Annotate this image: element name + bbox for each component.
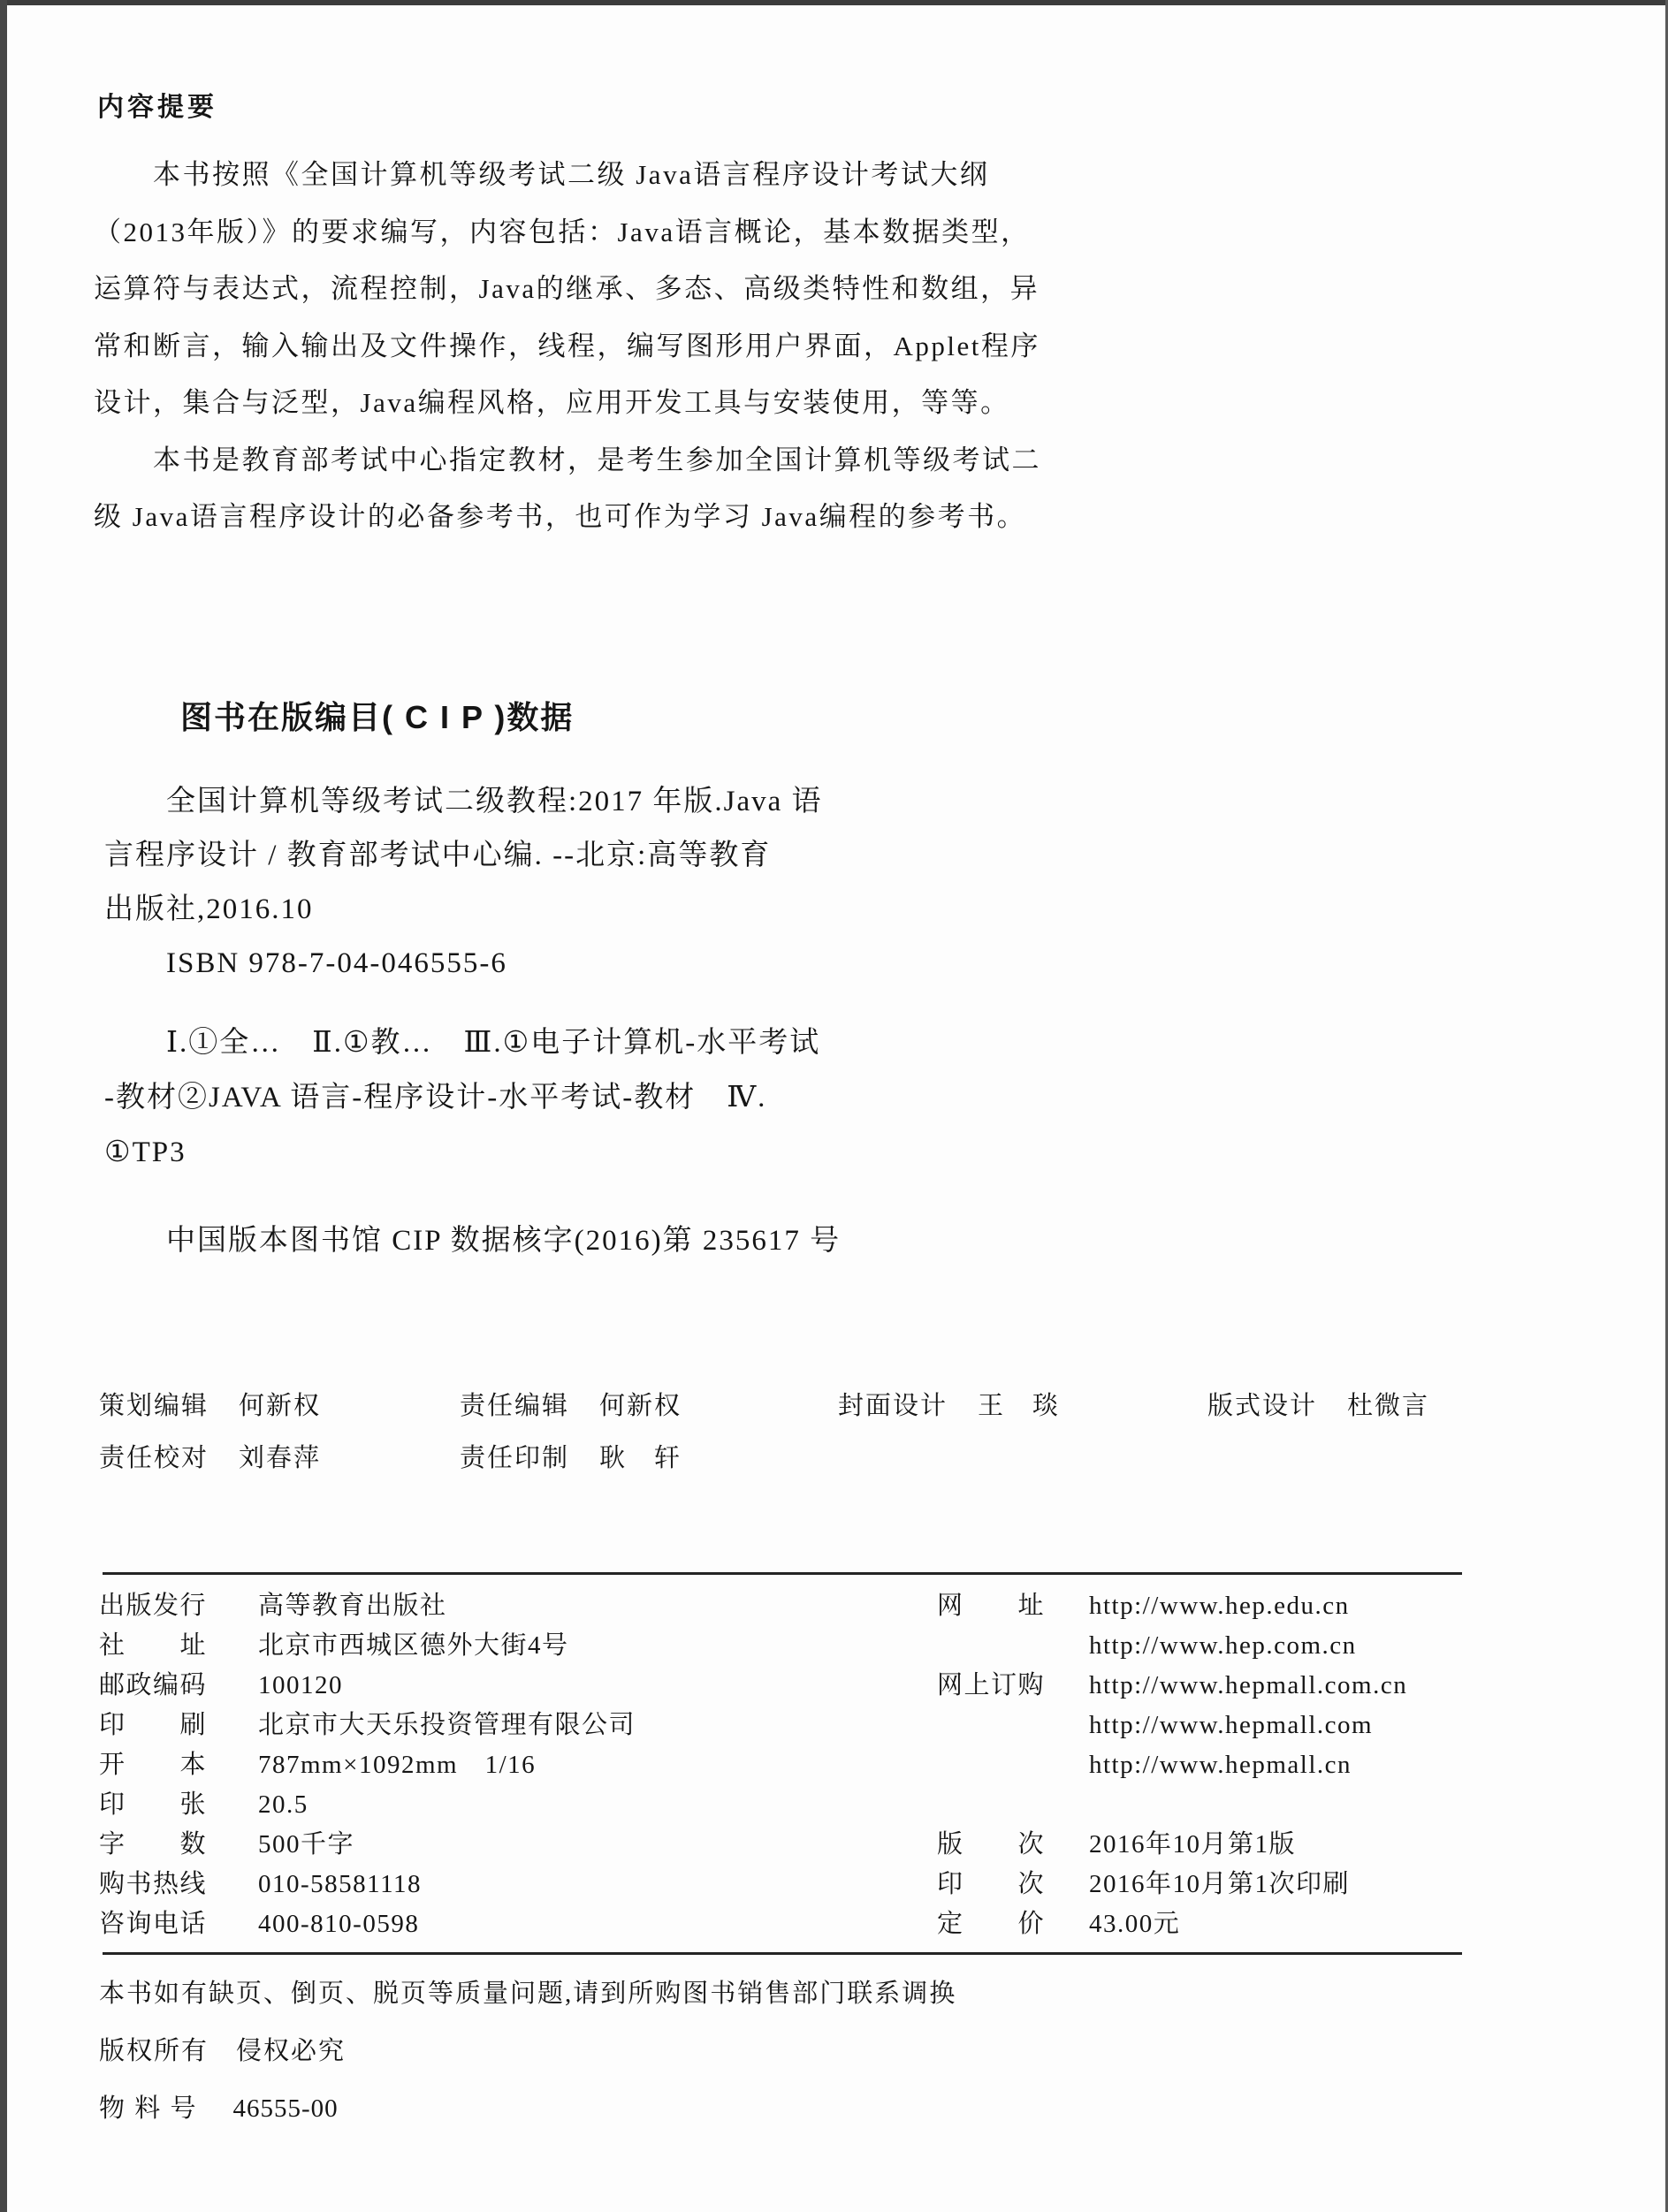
summary-line: 设计，集合与泛型，Java编程风格，应用开发工具与安装使用，等等。 bbox=[94, 375, 1207, 432]
colophon-value: 北京市大天乐投资管理有限公司 bbox=[258, 1706, 937, 1745]
cip-record-line: 言程序设计 / 教育部考试中心编. --北京:高等教育 bbox=[104, 829, 1253, 883]
colophon-label bbox=[937, 1626, 1089, 1666]
material-number: 物 料 号46555-00 bbox=[99, 2089, 956, 2129]
summary-section: 内容提要 本书按照《全国计算机等级考试二级 Java语言程序设计考试大纲 （20… bbox=[94, 85, 1207, 546]
colophon-value bbox=[1089, 1785, 1407, 1825]
staff-item: 责任校对刘春萍 bbox=[99, 1438, 460, 1474]
colophon-value: 500千字 bbox=[258, 1825, 937, 1865]
colophon-label: 开 本 bbox=[99, 1745, 258, 1785]
summary-line: 运算符与表达式，流程控制，Java的继承、多态、高级类特性和数组，异 bbox=[94, 261, 1207, 318]
staff-role-label: 责任印制 bbox=[460, 1444, 569, 1472]
staff-role-label: 责任校对 bbox=[99, 1444, 209, 1472]
staff-name: 王 琰 bbox=[978, 1392, 1060, 1420]
colophon-label bbox=[937, 1785, 1089, 1825]
colophon-label: 网上订购 bbox=[937, 1666, 1089, 1706]
staff-role-label: 封面设计 bbox=[838, 1392, 948, 1420]
summary-line: 本书是教育部考试中心指定教材，是考生参加全国计算机等级考试二 bbox=[94, 432, 1207, 490]
cip-record-line: 出版社,2016.10 bbox=[104, 883, 1253, 937]
copyright-note: 版权所有 侵权必究 bbox=[99, 2032, 956, 2071]
colophon-label bbox=[937, 1706, 1089, 1745]
staff-name: 耿 轩 bbox=[599, 1444, 682, 1472]
colophon-label: 咨询电话 bbox=[99, 1904, 258, 1944]
colophon-label: 购书热线 bbox=[99, 1865, 258, 1904]
colophon-value: 2016年10月第1版 bbox=[1089, 1825, 1407, 1865]
colophon-label: 定 价 bbox=[937, 1904, 1089, 1944]
staff-name: 刘春萍 bbox=[239, 1444, 321, 1472]
summary-line: 本书按照《全国计算机等级考试二级 Java语言程序设计考试大纲 bbox=[94, 147, 1207, 204]
colophon-label: 网 址 bbox=[937, 1586, 1089, 1626]
colophon-label: 印 次 bbox=[937, 1865, 1089, 1904]
colophon-label: 印 刷 bbox=[99, 1706, 258, 1745]
colophon-value: 787mm×1092mm 1/16 bbox=[258, 1745, 937, 1785]
summary-line: 常和断言，输入输出及文件操作，线程，编写图形用户界面，Applet程序 bbox=[94, 318, 1207, 376]
colophon-section: 出版发行 高等教育出版社 网 址 http://www.hep.edu.cn 社… bbox=[99, 1586, 1407, 1944]
staff-item: 版式设计杜微言 bbox=[1207, 1386, 1633, 1422]
colophon-value: http://www.hep.com.cn bbox=[1089, 1626, 1407, 1666]
cip-classification-line: ①TP3 bbox=[104, 1125, 1253, 1180]
colophon-value: 20.5 bbox=[258, 1785, 937, 1825]
staff-item: 封面设计王 琰 bbox=[838, 1386, 1207, 1422]
staff-item: 策划编辑何新权 bbox=[99, 1386, 460, 1422]
material-number-label: 物 料 号 bbox=[99, 2094, 198, 2123]
cip-classification-line: Ⅰ.①全… Ⅱ.①教… Ⅲ.①电子计算机-水平考试 bbox=[104, 1015, 1253, 1070]
colophon-value: 100120 bbox=[258, 1666, 937, 1706]
cip-section: 图书在版编目( C I P )数据 全国计算机等级考试二级教程:2017 年版.… bbox=[104, 693, 1253, 1258]
cip-record: 全国计算机等级考试二级教程:2017 年版.Java 语 言程序设计 / 教育部… bbox=[104, 775, 1253, 991]
staff-role-label: 版式设计 bbox=[1207, 1392, 1317, 1420]
colophon-value: 北京市西城区德外大街4号 bbox=[258, 1626, 937, 1666]
divider-top bbox=[103, 1572, 1462, 1575]
colophon-label bbox=[937, 1745, 1089, 1785]
staff-name: 何新权 bbox=[599, 1392, 682, 1420]
staff-section: 策划编辑何新权 责任编辑何新权 封面设计王 琰 版式设计杜微言 责任校对刘春萍 … bbox=[99, 1386, 1633, 1474]
copyright-page: 内容提要 本书按照《全国计算机等级考试二级 Java语言程序设计考试大纲 （20… bbox=[0, 0, 1668, 2212]
colophon-value: 400-810-0598 bbox=[258, 1904, 937, 1944]
summary-line: （2013年版）》的要求编写，内容包括：Java语言概论，基本数据类型， bbox=[94, 204, 1207, 262]
colophon-label: 印 张 bbox=[99, 1785, 258, 1825]
scan-edge-left bbox=[0, 0, 7, 2212]
colophon-label: 版 次 bbox=[937, 1825, 1089, 1865]
colophon-value: 2016年10月第1次印刷 bbox=[1089, 1865, 1407, 1904]
quality-note: 本书如有缺页、倒页、脱页等质量问题,请到所购图书销售部门联系调换 bbox=[99, 1974, 956, 2014]
divider-bottom bbox=[103, 1952, 1462, 1955]
colophon-value: 43.00元 bbox=[1089, 1904, 1407, 1944]
staff-item: 责任编辑何新权 bbox=[460, 1386, 838, 1422]
staff-item: 责任印制耿 轩 bbox=[460, 1438, 838, 1474]
colophon-value: http://www.hepmall.com bbox=[1089, 1706, 1407, 1745]
cip-record-line: 全国计算机等级考试二级教程:2017 年版.Java 语 bbox=[104, 775, 1253, 829]
colophon-value: 高等教育出版社 bbox=[258, 1586, 937, 1626]
colophon-label: 出版发行 bbox=[99, 1586, 258, 1626]
cip-registry: 中国版本图书馆 CIP 数据核字(2016)第 235617 号 bbox=[104, 1217, 1253, 1258]
colophon-value: http://www.hepmall.com.cn bbox=[1089, 1666, 1407, 1706]
colophon-value: http://www.hep.edu.cn bbox=[1089, 1586, 1407, 1626]
staff-role-label: 策划编辑 bbox=[99, 1392, 209, 1420]
colophon-label: 字 数 bbox=[99, 1825, 258, 1865]
colophon-value: http://www.hepmall.cn bbox=[1089, 1745, 1407, 1785]
colophon-value: 010-58581118 bbox=[258, 1865, 937, 1904]
cip-classification: Ⅰ.①全… Ⅱ.①教… Ⅲ.①电子计算机-水平考试 -教材②JAVA 语言-程序… bbox=[104, 1015, 1253, 1180]
cip-heading: 图书在版编目( C I P )数据 bbox=[180, 693, 1253, 738]
cip-classification-line: -教材②JAVA 语言-程序设计-水平考试-教材 Ⅳ. bbox=[104, 1070, 1253, 1125]
summary-line: 级 Java语言程序设计的必备参考书，也可作为学习 Java编程的参考书。 bbox=[94, 489, 1207, 546]
staff-name: 杜微言 bbox=[1347, 1392, 1429, 1420]
staff-role-label: 责任编辑 bbox=[460, 1392, 569, 1420]
summary-heading: 内容提要 bbox=[97, 85, 1207, 124]
staff-name: 何新权 bbox=[239, 1392, 321, 1420]
colophon-label: 社 址 bbox=[99, 1626, 258, 1666]
material-number-value: 46555-00 bbox=[233, 2094, 339, 2123]
colophon-label: 邮政编码 bbox=[99, 1666, 258, 1706]
scan-edge-top bbox=[0, 0, 1668, 5]
notes-section: 本书如有缺页、倒页、脱页等质量问题,请到所购图书销售部门联系调换 版权所有 侵权… bbox=[99, 1974, 956, 2129]
cip-isbn-line: ISBN 978-7-04-046555-6 bbox=[104, 937, 1253, 991]
